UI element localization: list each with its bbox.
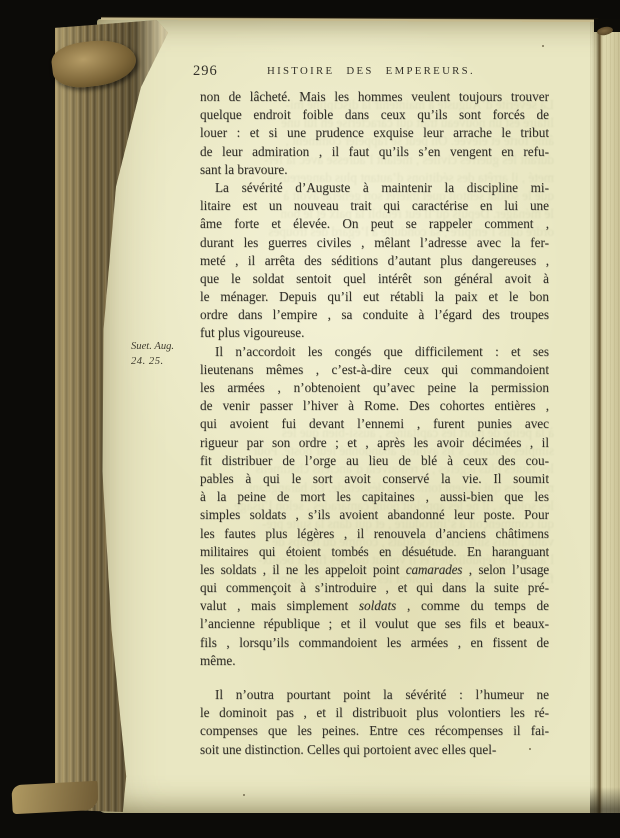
text-line: non de lâcheté. Mais les hommes veulent …	[200, 88, 549, 106]
paragraph: non de lâcheté. Mais les hommes veulent …	[200, 88, 549, 179]
text-line: compenses que les peines. Entre ces réco…	[200, 722, 549, 740]
paper-speck	[542, 45, 544, 47]
text-line: Il n’outra pourtant point la sévérité : …	[200, 686, 549, 704]
text-line: Il n’accordoit les congés que difficilem…	[200, 343, 549, 361]
text-block: non de lâcheté. Mais les hommes veulent …	[200, 88, 549, 759]
text-line: le ménager. Depuis qu’il eut rétabli la …	[200, 288, 549, 306]
text-line: que le soldat sentoit quel intérêt son g…	[200, 270, 549, 288]
gutter-shadow	[590, 19, 620, 813]
text-line: louer : et si une prudence exquise leur …	[200, 124, 549, 142]
text-line: de venir passer l’hiver à Rome. Des coho…	[200, 397, 549, 415]
text-line: les soldats , il ne les appeloit point c…	[200, 561, 549, 579]
text-line: les fautes plus légères , il renouvela d…	[200, 525, 549, 543]
page-header: 296 HISTOIRE DES EMPEREURS.	[193, 63, 549, 80]
text-line: La sévérité d’Auguste à maintenir la dis…	[200, 179, 549, 197]
text-line: lieutenans mêmes , c’est-à-dire ceux qui…	[200, 361, 549, 379]
text-line: litaire est un nouveau trait qui caracté…	[200, 197, 549, 215]
paper-speck	[529, 748, 531, 750]
text-line: militaires qui étoient tombés en désuétu…	[200, 543, 549, 561]
text-line: pables à qui le sort avoit conservé la v…	[200, 470, 549, 488]
text-line: simples soldats , s’ils avoient abandonn…	[200, 506, 549, 524]
text-line: qui commençoit à s’introduire , et qui d…	[200, 579, 549, 597]
margin-note: Suet. Aug. 24. 25.	[131, 339, 203, 369]
margin-note-sections: 24. 25.	[131, 354, 203, 369]
text-line: sant la bravoure.	[200, 161, 549, 179]
text-line: quelque endroit foible dans ceux qu’ils …	[200, 106, 549, 124]
text-line: l’ancienne république ; et il voulut que…	[200, 615, 549, 633]
text-line: fils , lorsqu’ils commandoient les armée…	[200, 634, 549, 652]
text-line: fut plus vigoureuse.	[200, 324, 549, 342]
text-line: soit une distinction. Celles qui portoie…	[200, 741, 549, 759]
text-line: valut , mais simplement soldats , comme …	[200, 597, 549, 615]
margin-note-source: Suet. Aug.	[131, 339, 203, 354]
text-line: rigueur par son ordre ; et , après les a…	[200, 434, 549, 452]
text-line: les armées , n’obtenoient qu’avec peine …	[200, 379, 549, 397]
gutter-bottom-shade	[590, 787, 620, 813]
paragraph: Il n’outra pourtant point la sévérité : …	[200, 686, 549, 759]
running-title: HISTOIRE DES EMPEREURS.	[193, 65, 549, 77]
paragraph: Il n’accordoit les congés que difficilem…	[200, 343, 549, 670]
text-line: durant les guerres civiles , mêlant l’ad…	[200, 234, 549, 252]
binding-corner-bottom	[11, 781, 98, 814]
text-line: ordre dans l’empire , sa conduite à l’ég…	[200, 306, 549, 324]
text-line: qui avoient fui devant l’ennemi , furent…	[200, 415, 549, 433]
text-line: à la peine de mort les capitaines , auss…	[200, 488, 549, 506]
text-line: même.	[200, 652, 549, 670]
text-line: meté , il arrêta des séditions d’autant …	[200, 252, 549, 270]
text-line: fit distribuer de l’orge au lieu de blé …	[200, 452, 549, 470]
book-scan: La sévérité d’Auguste à maintenir la dis…	[0, 0, 620, 838]
text-line: de leur admiration , il faut qu’ils s’en…	[200, 143, 549, 161]
paper-speck	[243, 794, 245, 796]
text-line: le dominoit pas , et il distribuoit plus…	[200, 704, 549, 722]
text-line: âme forte et élevée. On peut se rappeler…	[200, 215, 549, 233]
paragraph: La sévérité d’Auguste à maintenir la dis…	[200, 179, 549, 343]
